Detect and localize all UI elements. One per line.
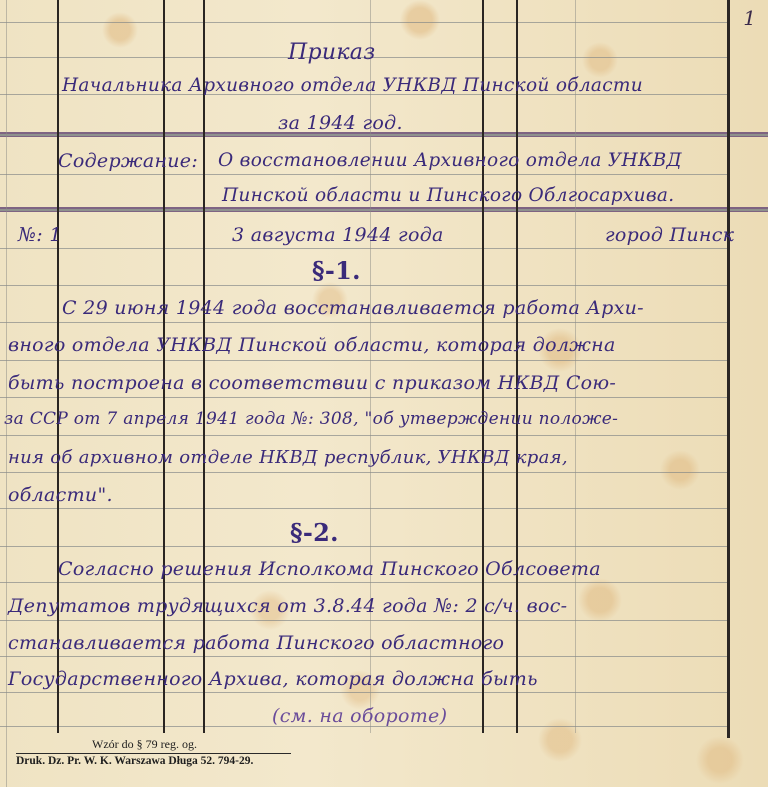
ruled-line — [0, 397, 730, 398]
ruled-line — [0, 656, 730, 657]
column-rule — [57, 0, 59, 733]
section-1-line: области". — [8, 484, 113, 506]
order-subtitle: Начальника Архивного отдела УНКВД Пинско… — [62, 75, 643, 96]
continued-overleaf-note: (см. на обороте) — [272, 705, 447, 727]
column-rule-faint — [575, 0, 576, 733]
column-rule — [482, 0, 484, 733]
section-1-line: за ССР от 7 апреля 1941 года №: 308, "об… — [4, 409, 618, 429]
section-2-line: Государственного Архива, которая должна … — [8, 668, 538, 690]
ruled-line — [0, 174, 730, 175]
ruled-line — [0, 546, 730, 547]
ruled-line — [0, 472, 730, 473]
ruled-line — [0, 322, 730, 323]
footer-rule — [16, 753, 291, 754]
section-1-line: С 29 июня 1944 года восстанавливается ра… — [62, 297, 644, 319]
margin-line — [6, 0, 7, 787]
column-rule — [203, 0, 205, 733]
right-border-rule — [727, 0, 730, 738]
order-date: 3 августа 1944 года — [232, 224, 444, 246]
section-1-line: вного отдела УНКВД Пинской области, кото… — [8, 334, 616, 356]
section-2-heading: §-2. — [290, 518, 339, 547]
printer-imprint: Druk. Dz. Pr. W. K. Warszawa Długa 52. 7… — [16, 755, 253, 767]
content-line-2: Пинской области и Пинского Облгосархива. — [222, 185, 674, 206]
section-2-line: Депутатов трудящихся от 3.8.44 года №: 2… — [8, 595, 567, 617]
content-line-1: О восстановлении Архивного отдела УНКВД — [218, 150, 682, 171]
ruled-line — [0, 360, 730, 361]
section-1-line: ния об архивном отделе НКВД республик, У… — [8, 447, 568, 468]
column-rule — [516, 0, 518, 733]
ruled-line — [0, 248, 730, 249]
section-1-line: быть построена в соответствии с приказом… — [8, 372, 616, 394]
ruled-line — [0, 22, 730, 23]
content-double-rule — [0, 207, 768, 212]
section-2-line: Согласно решения Исполкома Пинского Облс… — [58, 558, 601, 580]
order-number: №: 1 — [18, 224, 62, 246]
ruled-line — [0, 582, 730, 583]
ruled-line — [0, 692, 730, 693]
section-1-heading: §-1. — [312, 256, 361, 285]
column-rule — [163, 0, 165, 733]
ruled-line — [0, 435, 730, 436]
ruled-line — [0, 620, 730, 621]
content-label: Содержание: — [58, 150, 198, 172]
form-note: Wzór do § 79 reg. og. — [92, 737, 197, 752]
order-title: Приказ — [288, 40, 376, 65]
column-rule-faint — [370, 0, 371, 733]
page-number: 1 — [743, 6, 756, 30]
ruled-line — [0, 508, 730, 509]
section-2-line: станавливается работа Пинского областног… — [8, 632, 504, 654]
order-place: город Пинск — [605, 224, 734, 246]
ruled-line — [0, 285, 730, 286]
order-year: за 1944 год. — [278, 112, 403, 134]
